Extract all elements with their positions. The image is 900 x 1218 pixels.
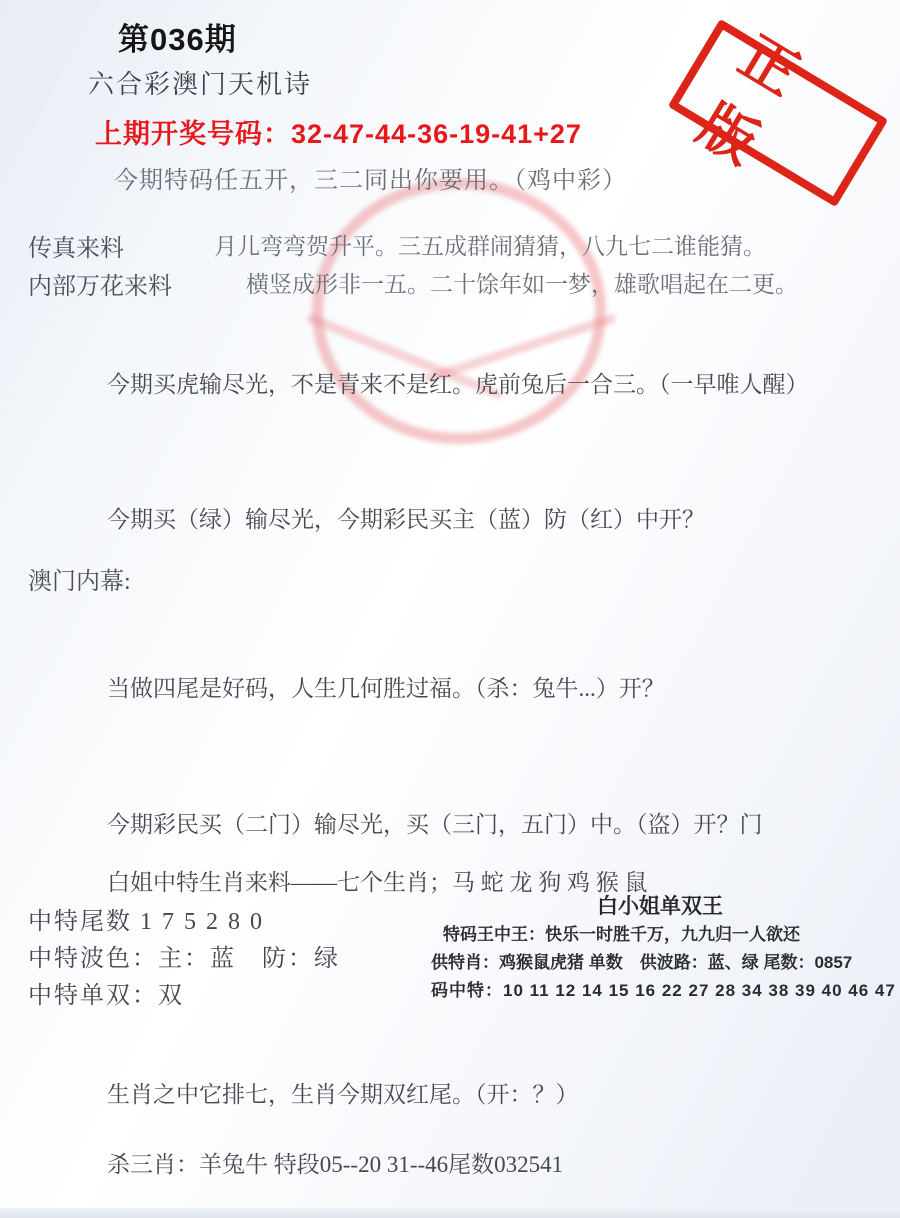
footer-kill-line: 杀三肖：羊兔牛 特段05--20 31--46尾数032541 bbox=[107, 1146, 563, 1179]
tip-color-line: 今期买（绿）输尽光，今期彩民买主（蓝）防（红）中开？ bbox=[107, 501, 705, 534]
fax-source-text: 月儿弯弯贺升平。三五成群闹猜猜，八九七二谁能猜。 bbox=[214, 228, 766, 261]
panel-zodiac-wave-line: 供特肖：鸡猴鼠虎猪 单数 供波路：蓝、绿 尾数：0857 bbox=[431, 948, 852, 973]
stat-odd-even: 中特单双：双 bbox=[28, 975, 184, 1010]
scan-page: 正版 第036期 六合彩澳门天机诗 上期开奖号码：32-47-44-36-19-… bbox=[0, 0, 900, 1218]
internal-source-text: 横竖成形非一五。二十馀年如一梦，雄歌唱起在二更。 bbox=[246, 266, 798, 299]
stat-wave-color: 中特波色：主：蓝 防：绿 bbox=[28, 938, 340, 973]
internal-source-label: 内部万花来料 bbox=[28, 266, 172, 301]
seal-watermark bbox=[312, 178, 606, 444]
tip-doors-line: 今期彩民买（二门）输尽光，买（三门，五门）中。（盗）开？门 bbox=[107, 806, 763, 839]
tip-tiger-line: 今期买虎输尽光，不是青来不是红。虎前兔后一合三。（一早唯人醒） bbox=[107, 366, 809, 399]
last-draw-line: 上期开奖号码：32-47-44-36-19-41+27 bbox=[95, 112, 582, 151]
last-draw-label: 上期开奖号码： bbox=[95, 119, 291, 149]
poem-line: 今期特码任五开，三二同出你要用。（鸡中彩） bbox=[114, 160, 627, 195]
tip-tails-line: 当做四尾是好码，人生几何胜过福。（杀：兔牛...）开？ bbox=[107, 670, 665, 703]
panel-numbers-line: 码中特：10 11 12 14 15 16 22 27 28 34 38 39 … bbox=[431, 976, 896, 1001]
issue-number: 第036期 bbox=[118, 14, 237, 59]
footer-rank-line: 生肖之中它排七，生肖今期双红尾。（开：？） bbox=[107, 1076, 579, 1109]
page-title: 六合彩澳门天机诗 bbox=[88, 64, 312, 101]
authentic-stamp: 正版 bbox=[668, 19, 889, 207]
panel-king-line: 特码王中王：快乐一时胜千万，九九归一人欲还 bbox=[443, 920, 800, 945]
last-draw-numbers: 32-47-44-36-19-41+27 bbox=[291, 119, 582, 149]
macau-insider-label: 澳门内幕: bbox=[28, 561, 131, 596]
authentic-stamp-text: 正版 bbox=[685, 14, 896, 228]
stat-tail-numbers: 中特尾数 1 7 5 2 8 0 bbox=[28, 901, 264, 936]
panel-title: 白小姐单双王 bbox=[430, 890, 890, 920]
fax-source-label: 传真来料 bbox=[28, 228, 124, 263]
